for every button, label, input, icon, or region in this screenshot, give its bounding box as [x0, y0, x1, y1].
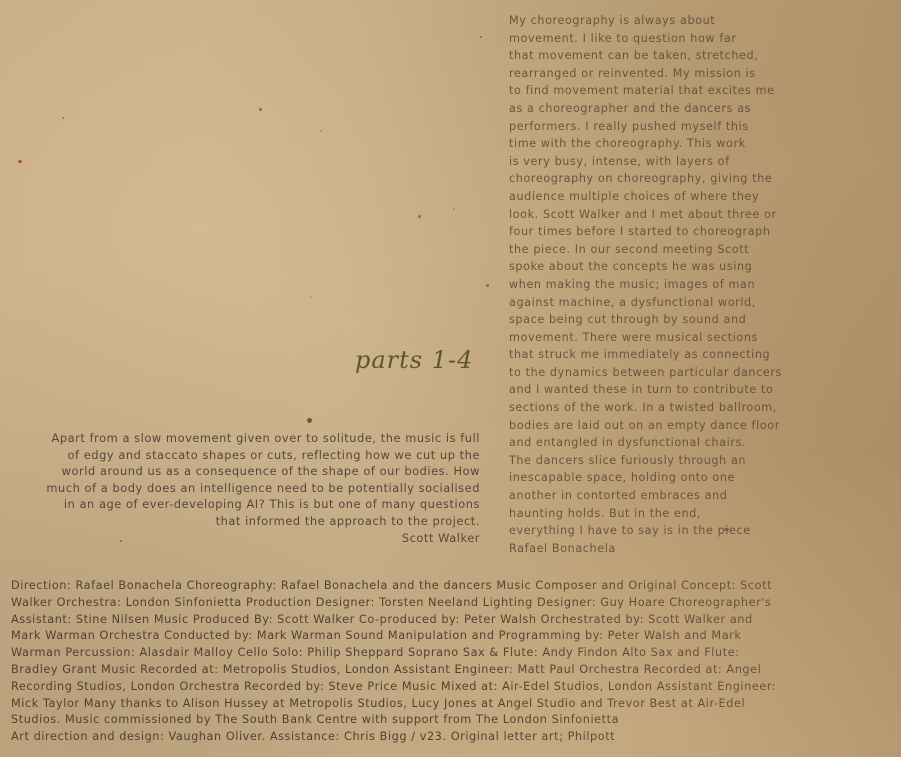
statement-line: as a choreographer and the dancers as	[509, 100, 809, 118]
composer-statement: Apart from a slow movement given over to…	[8, 430, 480, 546]
statement-line: movement. There were musical sections	[509, 329, 809, 347]
statement-line: that informed the approach to the projec…	[8, 513, 480, 530]
composer-signature: Scott Walker	[8, 530, 480, 547]
statement-line: rearranged or reinvented. My mission is	[509, 65, 809, 83]
statement-line: inescapable space, holding onto one	[509, 469, 809, 487]
statement-line: to find movement material that excites m…	[509, 82, 809, 100]
statement-line: world around us as a consequence of the …	[8, 463, 480, 480]
statement-line: My choreography is always about	[509, 12, 809, 30]
statement-line: space being cut through by sound and	[509, 311, 809, 329]
statement-line: the piece. In our second meeting Scott	[509, 241, 809, 259]
statement-line: bodies are laid out on an empty dance fl…	[509, 417, 809, 435]
credits-line: Studios. Music commissioned by The South…	[11, 712, 891, 729]
credits-line: Walker Orchestra: London Sinfonietta Pro…	[11, 595, 891, 612]
choreographer-signature: Rafael Bonachela	[509, 540, 809, 558]
statement-line: that movement can be taken, stretched,	[509, 47, 809, 65]
statement-line: to the dynamics between particular dance…	[509, 364, 809, 382]
statement-line: that struck me immediately as connecting	[509, 346, 809, 364]
statement-line: Apart from a slow movement given over to…	[8, 430, 480, 447]
statement-line: when making the music; images of man	[509, 276, 809, 294]
statement-line: choreography on choreography, giving the	[509, 170, 809, 188]
statement-line: time with the choreography. This work	[509, 135, 809, 153]
statement-line: performers. I really pushed myself this	[509, 118, 809, 136]
credits-line: Art direction and design: Vaughan Oliver…	[11, 729, 891, 746]
statement-line: sections of the work. In a twisted ballr…	[509, 399, 809, 417]
credits-line: Recording Studios, London Orchestra Reco…	[11, 679, 891, 696]
statement-line: is very busy, intense, with layers of	[509, 153, 809, 171]
statement-line: The dancers slice furiously through an	[509, 452, 809, 470]
credits-line: Bradley Grant Music Recorded at: Metropo…	[11, 662, 891, 679]
statement-line: everything I have to say is in the piece	[509, 522, 809, 540]
statement-line: and I wanted these in turn to contribute…	[509, 381, 809, 399]
statement-line: audience multiple choices of where they	[509, 188, 809, 206]
section-title: parts 1-4	[355, 346, 473, 374]
statement-line: much of a body does an intelligence need…	[8, 480, 480, 497]
statement-line: four times before I started to choreogra…	[509, 223, 809, 241]
credits-line: Assistant: Stine Nilsen Music Produced B…	[11, 612, 891, 629]
credits-line: Mick Taylor Many thanks to Alison Hussey…	[11, 696, 891, 713]
statement-line: movement. I like to question how far	[509, 30, 809, 48]
statement-line: haunting holds. But in the end,	[509, 505, 809, 523]
statement-line: of edgy and staccato shapes or cuts, ref…	[8, 447, 480, 464]
statement-line: another in contorted embraces and	[509, 487, 809, 505]
credits-line: Mark Warman Orchestra Conducted by: Mark…	[11, 628, 891, 645]
statement-line: against machine, a dysfunctional world,	[509, 294, 809, 312]
statement-line: and entangled in dysfunctional chairs.	[509, 434, 809, 452]
production-credits: Direction: Rafael Bonachela Choreography…	[11, 578, 891, 746]
statement-line: spoke about the concepts he was using	[509, 258, 809, 276]
statement-line: in an age of ever-developing AI? This is…	[8, 496, 480, 513]
choreographer-statement: My choreography is always about movement…	[509, 12, 809, 557]
credits-line: Direction: Rafael Bonachela Choreography…	[11, 578, 891, 595]
credits-line: Warman Percussion: Alasdair Malloy Cello…	[11, 645, 891, 662]
statement-line: look. Scott Walker and I met about three…	[509, 206, 809, 224]
